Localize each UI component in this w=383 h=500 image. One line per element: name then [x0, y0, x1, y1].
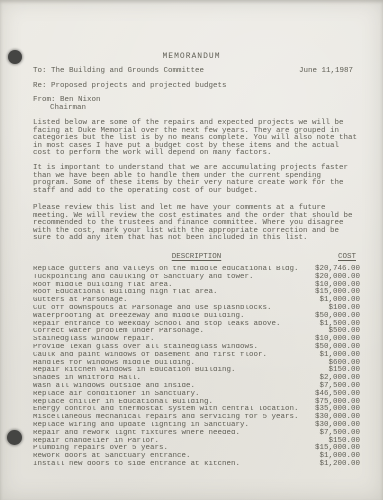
table-row: Roof Educational Building high flat area…	[33, 289, 360, 297]
row-description: Cut off downspouts at Parsonage and use …	[33, 305, 272, 313]
cost-table-rows: Replace gutters and valleys on the middl…	[33, 266, 360, 469]
row-description: Stainedglass window repair.	[33, 336, 155, 344]
table-row: Replace gutters and valleys on the middl…	[33, 266, 360, 274]
description-column-header: DESCRIPTION	[33, 253, 360, 261]
row-description: Caulk and paint windows of basement and …	[33, 352, 267, 360]
table-row: Replace chiller in Educational Building.…	[33, 399, 360, 407]
table-row: Replace air conditioner in Sanctuary.$46…	[33, 391, 360, 399]
table-row: Cut off downspouts at Parsonage and use …	[33, 305, 360, 313]
row-description: Rework doors at Sanctuary entrance.	[33, 453, 191, 461]
row-description: Provide lexan glass over all stainedglas…	[33, 344, 258, 352]
table-row: Gutters at Parsonage.$1,000.00	[33, 297, 360, 305]
table-row: Energy control and thermostat system wit…	[33, 406, 360, 414]
row-description: Gutters at Parsonage.	[33, 297, 128, 305]
table-row: Repair and rework light fixtures where n…	[33, 430, 360, 438]
row-description: Miscellaneous mechanical repairs and ser…	[33, 414, 299, 422]
table-row: Roof middle building flat area.$10,000.0…	[33, 282, 360, 290]
cost-column-header: COST	[338, 253, 356, 261]
row-cost: $1,200.00	[319, 461, 360, 469]
row-description: Roof Educational Building high flat area…	[33, 289, 218, 297]
memo-to-line: To: The Building and Grounds Committee	[33, 67, 204, 75]
table-row: Repair kitchen windows in Education Buil…	[33, 367, 360, 375]
row-description: Handles for windows middle building.	[33, 360, 195, 368]
table-row: Repair entrance to Weekday School and st…	[33, 321, 360, 329]
memo-page: MEMORANDUM To: The Building and Grounds …	[0, 0, 383, 500]
table-row: Replace wiring and update lighting in Sa…	[33, 422, 360, 430]
table-row: Tuckpointing and caulking of Sanctuary a…	[33, 274, 360, 282]
table-row: Provide lexan glass over all stainedglas…	[33, 344, 360, 352]
memo-from-line: From: Ben Nixon	[33, 96, 101, 104]
row-description: Roof middle building flat area.	[33, 282, 173, 290]
table-row: Plumbing repairs over 5 years.$15,000.00	[33, 445, 360, 453]
row-description: Replace gutters and valleys on the middl…	[33, 266, 299, 274]
memo-from-title: Chairman	[50, 104, 86, 112]
table-row: Install new doors to side entrance at ki…	[33, 461, 360, 469]
memo-title: MEMORANDUM	[0, 52, 383, 61]
table-row: Wash all windows outside and inside.$7,5…	[33, 383, 360, 391]
memo-date: June 11,1987	[299, 67, 353, 75]
punch-hole-bottom	[7, 430, 22, 445]
row-description: Repair entrance to Weekday School and st…	[33, 321, 281, 329]
paragraph-request: Please review this list and let me have …	[33, 205, 371, 243]
row-description: Install new doors to side entrance at ki…	[33, 461, 240, 469]
table-row: Miscellaneous mechanical repairs and ser…	[33, 414, 360, 422]
table-row: Waterproofing at breezeway and middle bu…	[33, 313, 360, 321]
row-description: Replace air conditioner in Sanctuary.	[33, 391, 200, 399]
table-row: Stainedglass window repair.$10,000.00	[33, 336, 360, 344]
table-row: Shades in Whitford Hall.$2,000.00	[33, 375, 360, 383]
row-description: Replace wiring and update lighting in Sa…	[33, 422, 249, 430]
row-description: Wash all windows outside and inside.	[33, 383, 195, 391]
table-row: Correct water problem under Parsonage.$5…	[33, 328, 360, 336]
row-description: Repair and rework light fixtures where n…	[33, 430, 240, 438]
memo-re-line: Re: Proposed projects and projected budg…	[33, 82, 227, 90]
row-description: Plumbing repairs over 5 years.	[33, 445, 168, 453]
row-description: Tuckpointing and caulking of Sanctuary a…	[33, 274, 254, 282]
row-description: Repair chandelier in Parlor.	[33, 438, 159, 446]
table-row: Handles for windows middle building.$600…	[33, 360, 360, 368]
table-row: Rework doors at Sanctuary entrance.$1,00…	[33, 453, 360, 461]
table-row: Caulk and paint windows of basement and …	[33, 352, 360, 360]
cost-table-header: DESCRIPTION COST	[33, 253, 360, 263]
row-description: Waterproofing at breezeway and middle bu…	[33, 313, 245, 321]
table-row: Repair chandelier in Parlor.$150.00	[33, 438, 360, 446]
paragraph-context: It is important to understand that we ar…	[33, 165, 371, 195]
row-description: Energy control and thermostat system wit…	[33, 406, 299, 414]
row-description: Replace chiller in Educational Building.	[33, 399, 213, 407]
row-description: Repair kitchen windows in Education Buil…	[33, 367, 236, 375]
row-description: Shades in Whitford Hall.	[33, 375, 141, 383]
row-description: Correct water problem under Parsonage.	[33, 328, 204, 336]
paragraph-intro: Listed below are some of the repairs and…	[33, 120, 371, 158]
